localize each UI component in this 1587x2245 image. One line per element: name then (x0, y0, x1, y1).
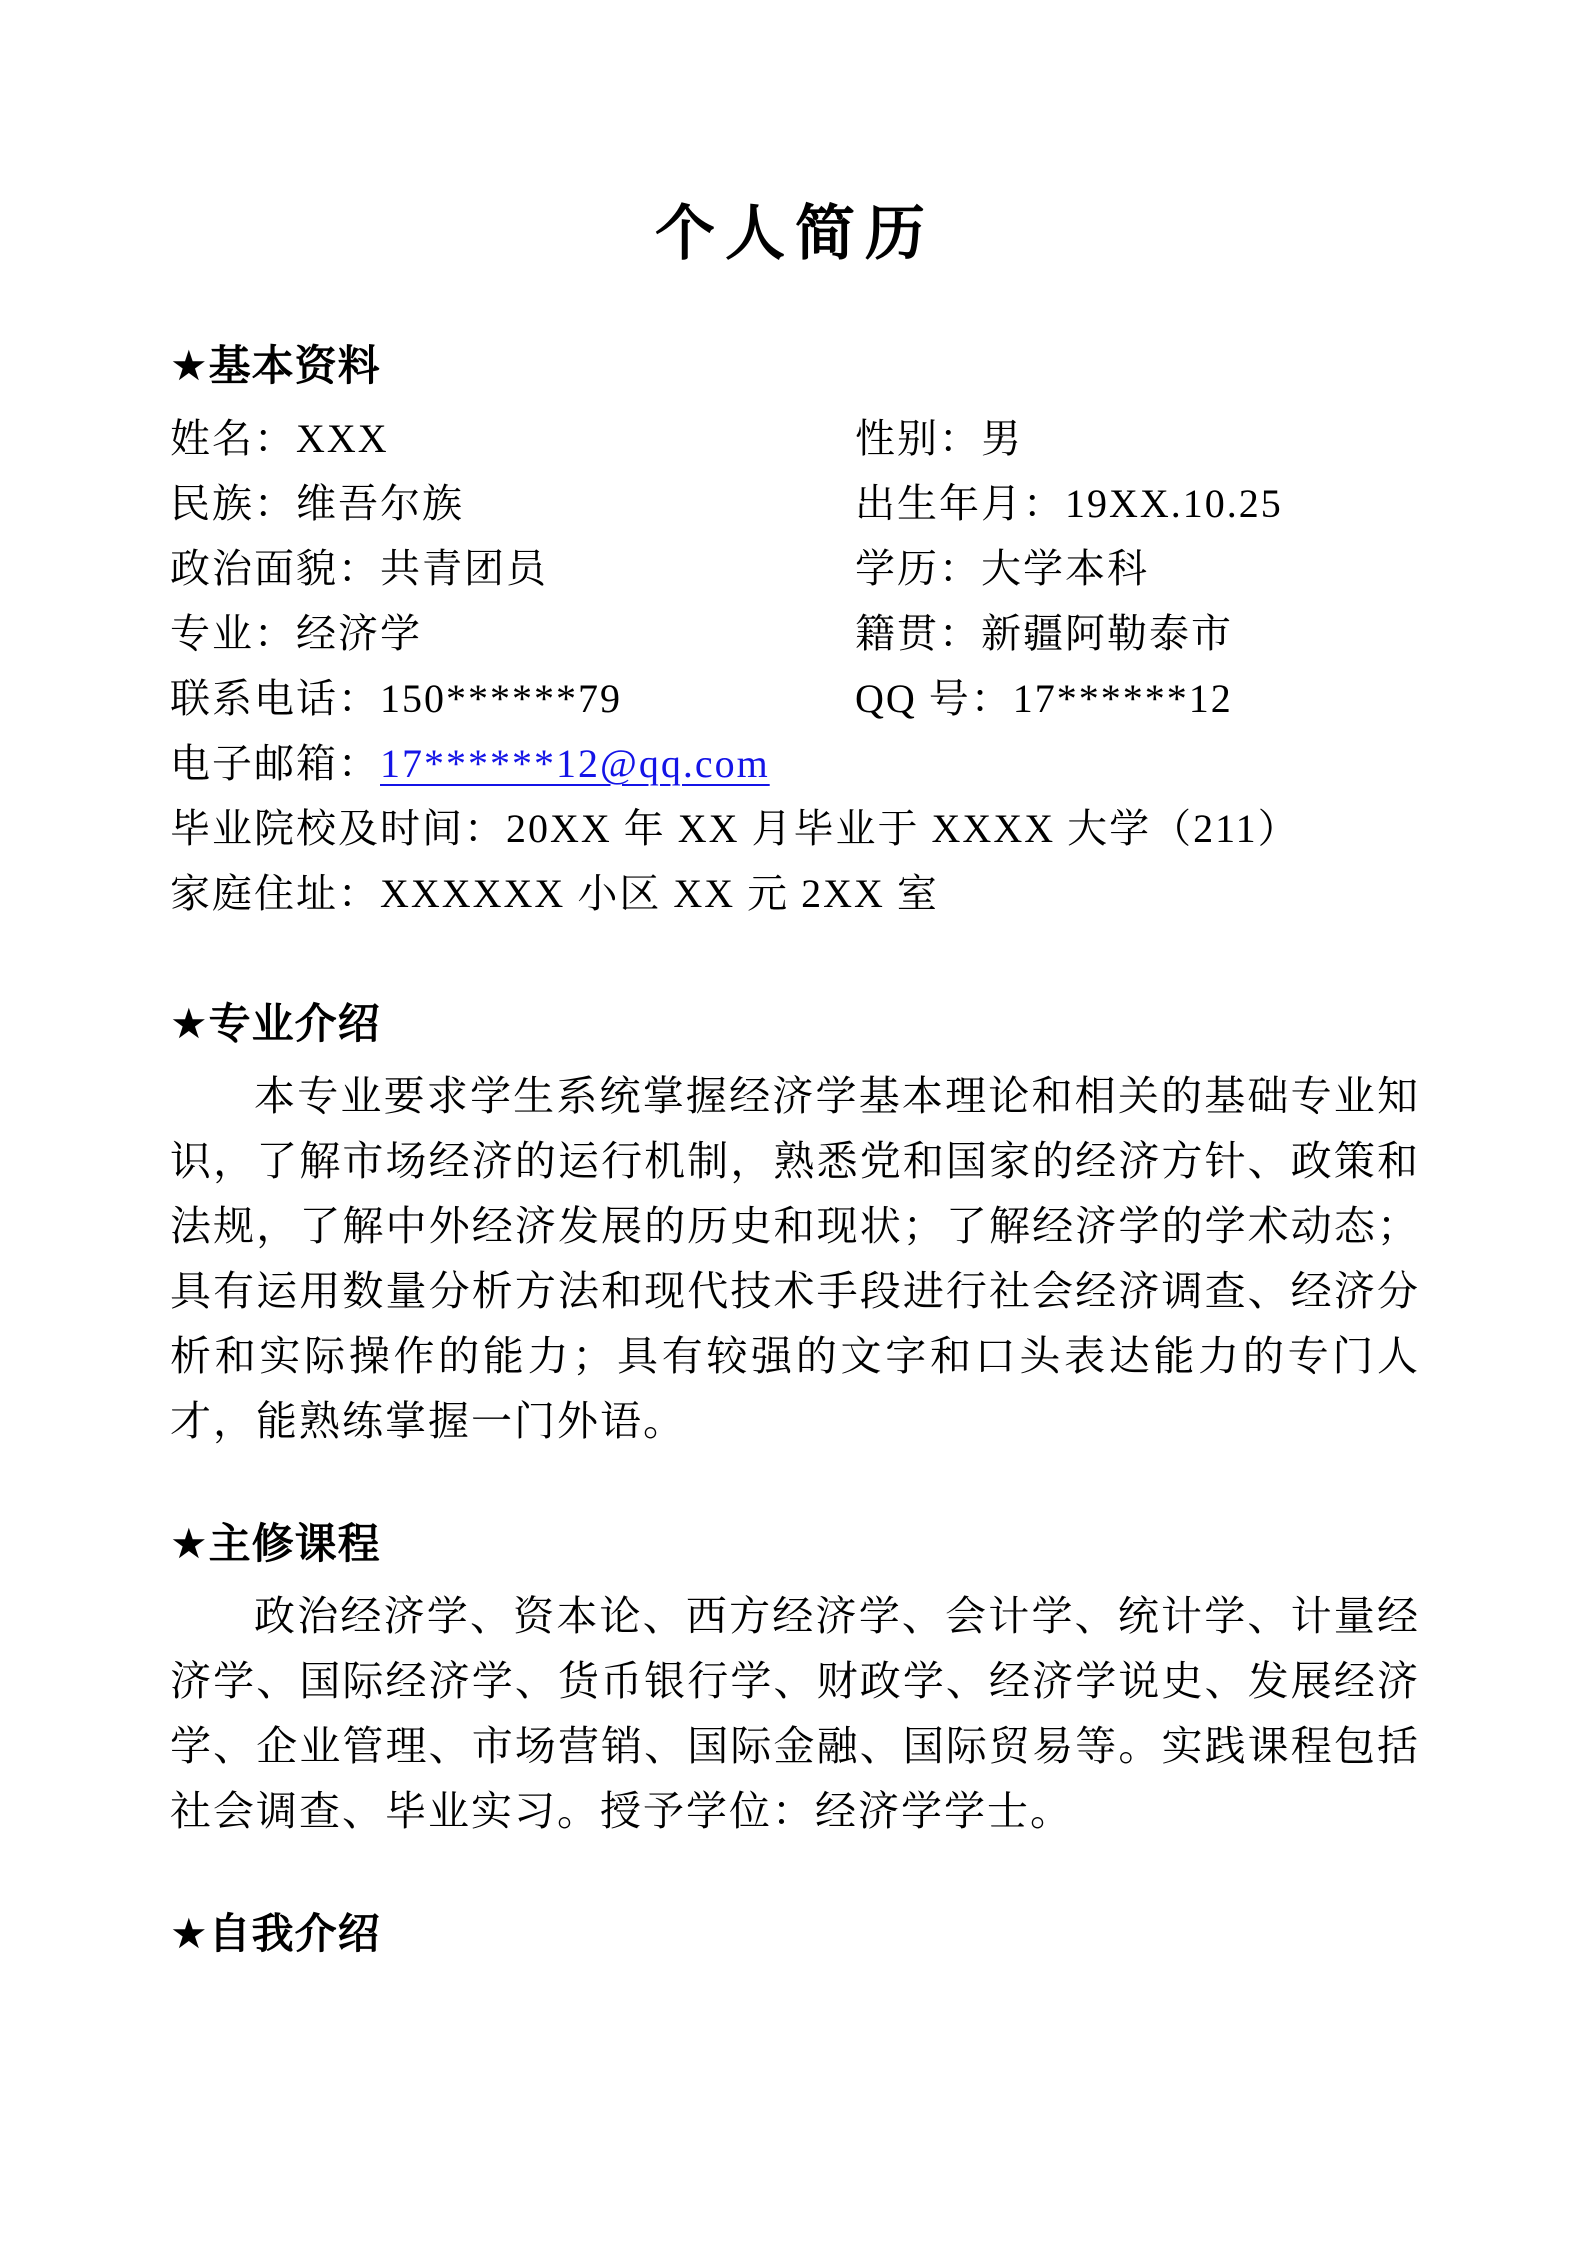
field-major: 专业：经济学 (170, 601, 855, 666)
info-row-political-education: 政治面貌：共青团员 学历：大学本科 (170, 536, 1420, 601)
field-hometown: 籍贯：新疆阿勒泰市 (855, 601, 1420, 666)
field-phone: 联系电话：150******79 (170, 666, 855, 731)
field-political-status: 政治面貌：共青团员 (170, 536, 855, 601)
field-gender: 性别：男 (855, 406, 1420, 471)
resume-document-page: 个人简历 ★基本资料 姓名：XXX 性别：男 民族：维吾尔族 出生年月：19XX… (0, 0, 1587, 2245)
section-major-intro: ★专业介绍 本专业要求学生系统掌握经济学基本理论和相关的基础专业知识，了解市场经… (170, 996, 1420, 1454)
major-intro-paragraph: 本专业要求学生系统掌握经济学基本理论和相关的基础专业知识，了解市场经济的运行机制… (170, 1064, 1420, 1454)
main-courses-paragraph: 政治经济学、资本论、西方经济学、会计学、统计学、计量经济学、国际经济学、货币银行… (170, 1584, 1420, 1844)
section-basic-info: ★基本资料 姓名：XXX 性别：男 民族：维吾尔族 出生年月：19XX.10.2… (170, 338, 1420, 926)
info-row-name-gender: 姓名：XXX 性别：男 (170, 406, 1420, 471)
field-name: 姓名：XXX (170, 406, 855, 471)
section-self-intro: ★自我介绍 (170, 1906, 1420, 1962)
email-link[interactable]: 17******12@qq.com (380, 741, 770, 786)
field-birth-date: 出生年月：19XX.10.25 (855, 471, 1420, 536)
info-row-ethnicity-birth: 民族：维吾尔族 出生年月：19XX.10.25 (170, 471, 1420, 536)
field-graduation-school: 毕业院校及时间：20XX 年 XX 月毕业于 XXXX 大学（211） (170, 796, 1420, 861)
field-qq-number: QQ 号：17******12 (855, 666, 1420, 731)
section-heading-main-courses: ★主修课程 (170, 1516, 1420, 1572)
field-ethnicity: 民族：维吾尔族 (170, 471, 855, 536)
field-education-level: 学历：大学本科 (855, 536, 1420, 601)
section-main-courses: ★主修课程 政治经济学、资本论、西方经济学、会计学、统计学、计量经济学、国际经济… (170, 1516, 1420, 1844)
info-row-email: 电子邮箱：17******12@qq.com (170, 731, 1420, 796)
page-title: 个人简历 (170, 186, 1420, 282)
basic-info-grid: 姓名：XXX 性别：男 民族：维吾尔族 出生年月：19XX.10.25 政治面貌… (170, 406, 1420, 926)
email-label: 电子邮箱： (170, 741, 380, 786)
info-row-phone-qq: 联系电话：150******79 QQ 号：17******12 (170, 666, 1420, 731)
section-heading-major-intro: ★专业介绍 (170, 996, 1420, 1052)
field-home-address: 家庭住址：XXXXXX 小区 XX 元 2XX 室 (170, 861, 1420, 926)
info-row-major-hometown: 专业：经济学 籍贯：新疆阿勒泰市 (170, 601, 1420, 666)
section-heading-self-intro: ★自我介绍 (170, 1906, 1420, 1962)
section-heading-basic-info: ★基本资料 (170, 338, 1420, 394)
